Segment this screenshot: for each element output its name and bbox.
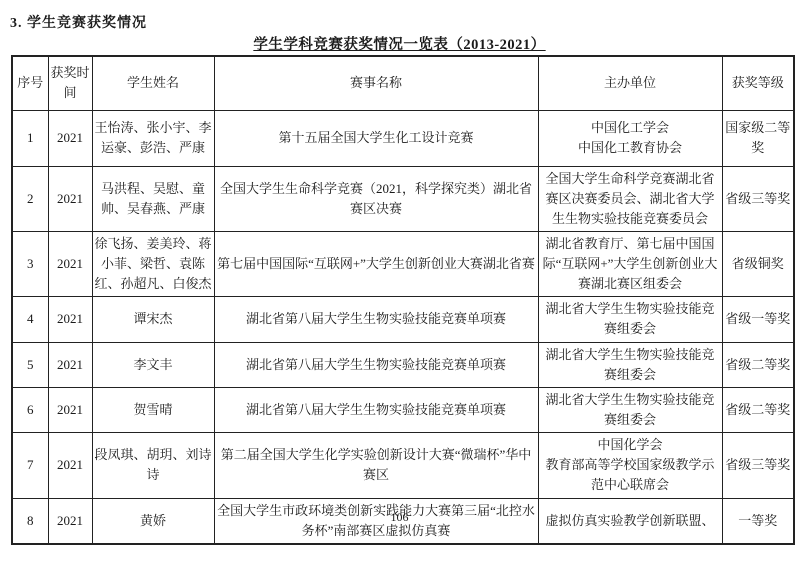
column-header: 序号 <box>12 56 48 110</box>
column-header: 学生姓名 <box>92 56 214 110</box>
table-cell: 第七届中国国际“互联网+”大学生创新创业大赛湖北省赛 <box>214 231 538 296</box>
table-body: 12021王怡涛、张小宇、李运豪、彭浩、严康第十五届全国大学生化工设计竞赛中国化… <box>12 110 794 544</box>
table-cell: 段凤琪、胡玥、刘诗诗 <box>92 433 214 498</box>
section-heading: 3. 学生竞赛获奖情况 <box>10 12 147 32</box>
table-cell: 省级三等奖 <box>722 166 794 231</box>
table-cell: 湖北省第八届大学生生物实验技能竞赛单项赛 <box>214 297 538 342</box>
table-cell: 湖北省第八届大学生生物实验技能竞赛单项赛 <box>214 387 538 432</box>
table-row: 72021段凤琪、胡玥、刘诗诗第二届全国大学生化学实验创新设计大赛“微瑞杯”华中… <box>12 433 794 498</box>
table-cell: 4 <box>12 297 48 342</box>
table-cell: 2021 <box>48 166 92 231</box>
table-row: 32021徐飞扬、姜美玲、蒋小菲、梁哲、袁陈红、孙超凡、白俊杰第七届中国国际“互… <box>12 231 794 296</box>
table-row: 62021贺雪晴湖北省第八届大学生生物实验技能竞赛单项赛湖北省大学生生物实验技能… <box>12 387 794 432</box>
table-cell: 中国化工学会 中国化工教育协会 <box>538 110 722 166</box>
column-header: 主办单位 <box>538 56 722 110</box>
table-cell: 全国大学生生命科学竞赛（2021，科学探究类）湖北省赛区决赛 <box>214 166 538 231</box>
table-cell: 贺雪晴 <box>92 387 214 432</box>
table-cell: 李文丰 <box>92 342 214 387</box>
table-cell: 马洪程、吴慰、童帅、吴春燕、严康 <box>92 166 214 231</box>
table-row: 52021李文丰湖北省第八届大学生生物实验技能竞赛单项赛湖北省大学生生物实验技能… <box>12 342 794 387</box>
table-cell: 中国化学会 教育部高等学校国家级教学示范中心联席会 <box>538 433 722 498</box>
table-cell: 王怡涛、张小宇、李运豪、彭浩、严康 <box>92 110 214 166</box>
table-row: 42021谭宋杰湖北省第八届大学生生物实验技能竞赛单项赛湖北省大学生生物实验技能… <box>12 297 794 342</box>
table-cell: 省级一等奖 <box>722 297 794 342</box>
table-cell: 湖北省大学生生物实验技能竞赛组委会 <box>538 342 722 387</box>
table-row: 22021马洪程、吴慰、童帅、吴春燕、严康全国大学生生命科学竞赛（2021，科学… <box>12 166 794 231</box>
table-cell: 2021 <box>48 342 92 387</box>
table-title: 学生学科竞赛获奖情况一览表（2013-2021） <box>0 33 799 54</box>
document-page: 3. 学生竞赛获奖情况 学生学科竞赛获奖情况一览表（2013-2021） 序号获… <box>0 0 799 578</box>
table-cell: 国家级二等奖 <box>722 110 794 166</box>
header-row: 序号获奖时间学生姓名赛事名称主办单位获奖等级 <box>12 56 794 110</box>
table-row: 12021王怡涛、张小宇、李运豪、彭浩、严康第十五届全国大学生化工设计竞赛中国化… <box>12 110 794 166</box>
table-cell: 6 <box>12 387 48 432</box>
table-cell: 5 <box>12 342 48 387</box>
table-cell: 省级铜奖 <box>722 231 794 296</box>
table-cell: 全国大学生命科学竞赛湖北省赛区决赛委员会、湖北省大学生生物实验技能竞赛委员会 <box>538 166 722 231</box>
table-cell: 1 <box>12 110 48 166</box>
page-number: 106 <box>0 510 799 525</box>
table-cell: 谭宋杰 <box>92 297 214 342</box>
table-cell: 湖北省第八届大学生生物实验技能竞赛单项赛 <box>214 342 538 387</box>
table-cell: 湖北省教育厅、第七届中国国际“互联网+”大学生创新创业大赛湖北赛区组委会 <box>538 231 722 296</box>
table-cell: 第二届全国大学生化学实验创新设计大赛“微瑞杯”华中赛区 <box>214 433 538 498</box>
column-header: 获奖等级 <box>722 56 794 110</box>
table-cell: 2021 <box>48 433 92 498</box>
table-cell: 省级二等奖 <box>722 387 794 432</box>
column-header: 赛事名称 <box>214 56 538 110</box>
table-cell: 3 <box>12 231 48 296</box>
column-header: 获奖时间 <box>48 56 92 110</box>
table-cell: 2021 <box>48 110 92 166</box>
table-cell: 7 <box>12 433 48 498</box>
table-cell: 2 <box>12 166 48 231</box>
table-cell: 2021 <box>48 231 92 296</box>
table-cell: 湖北省大学生生物实验技能竞赛组委会 <box>538 387 722 432</box>
table-cell: 省级三等奖 <box>722 433 794 498</box>
table-cell: 湖北省大学生生物实验技能竞赛组委会 <box>538 297 722 342</box>
table-cell: 徐飞扬、姜美玲、蒋小菲、梁哲、袁陈红、孙超凡、白俊杰 <box>92 231 214 296</box>
table-cell: 第十五届全国大学生化工设计竞赛 <box>214 110 538 166</box>
awards-table: 序号获奖时间学生姓名赛事名称主办单位获奖等级 12021王怡涛、张小宇、李运豪、… <box>11 55 795 545</box>
table-cell: 省级二等奖 <box>722 342 794 387</box>
table-cell: 2021 <box>48 387 92 432</box>
table-cell: 2021 <box>48 297 92 342</box>
